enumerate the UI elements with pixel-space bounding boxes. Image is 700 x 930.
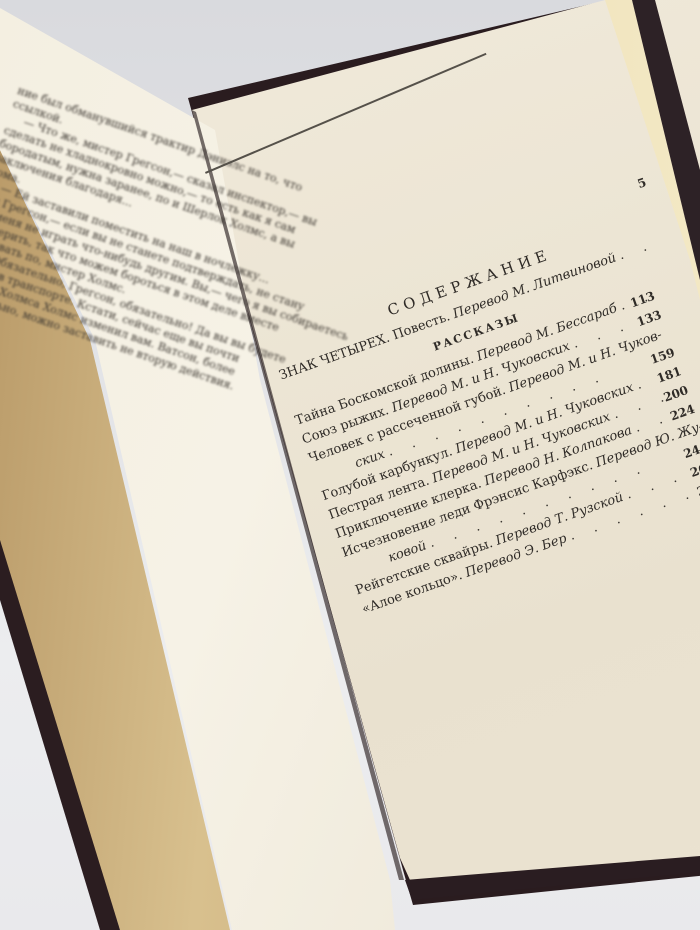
book-photo: ние был обманувшийся трактир Дэниэлс на … — [0, 0, 700, 930]
